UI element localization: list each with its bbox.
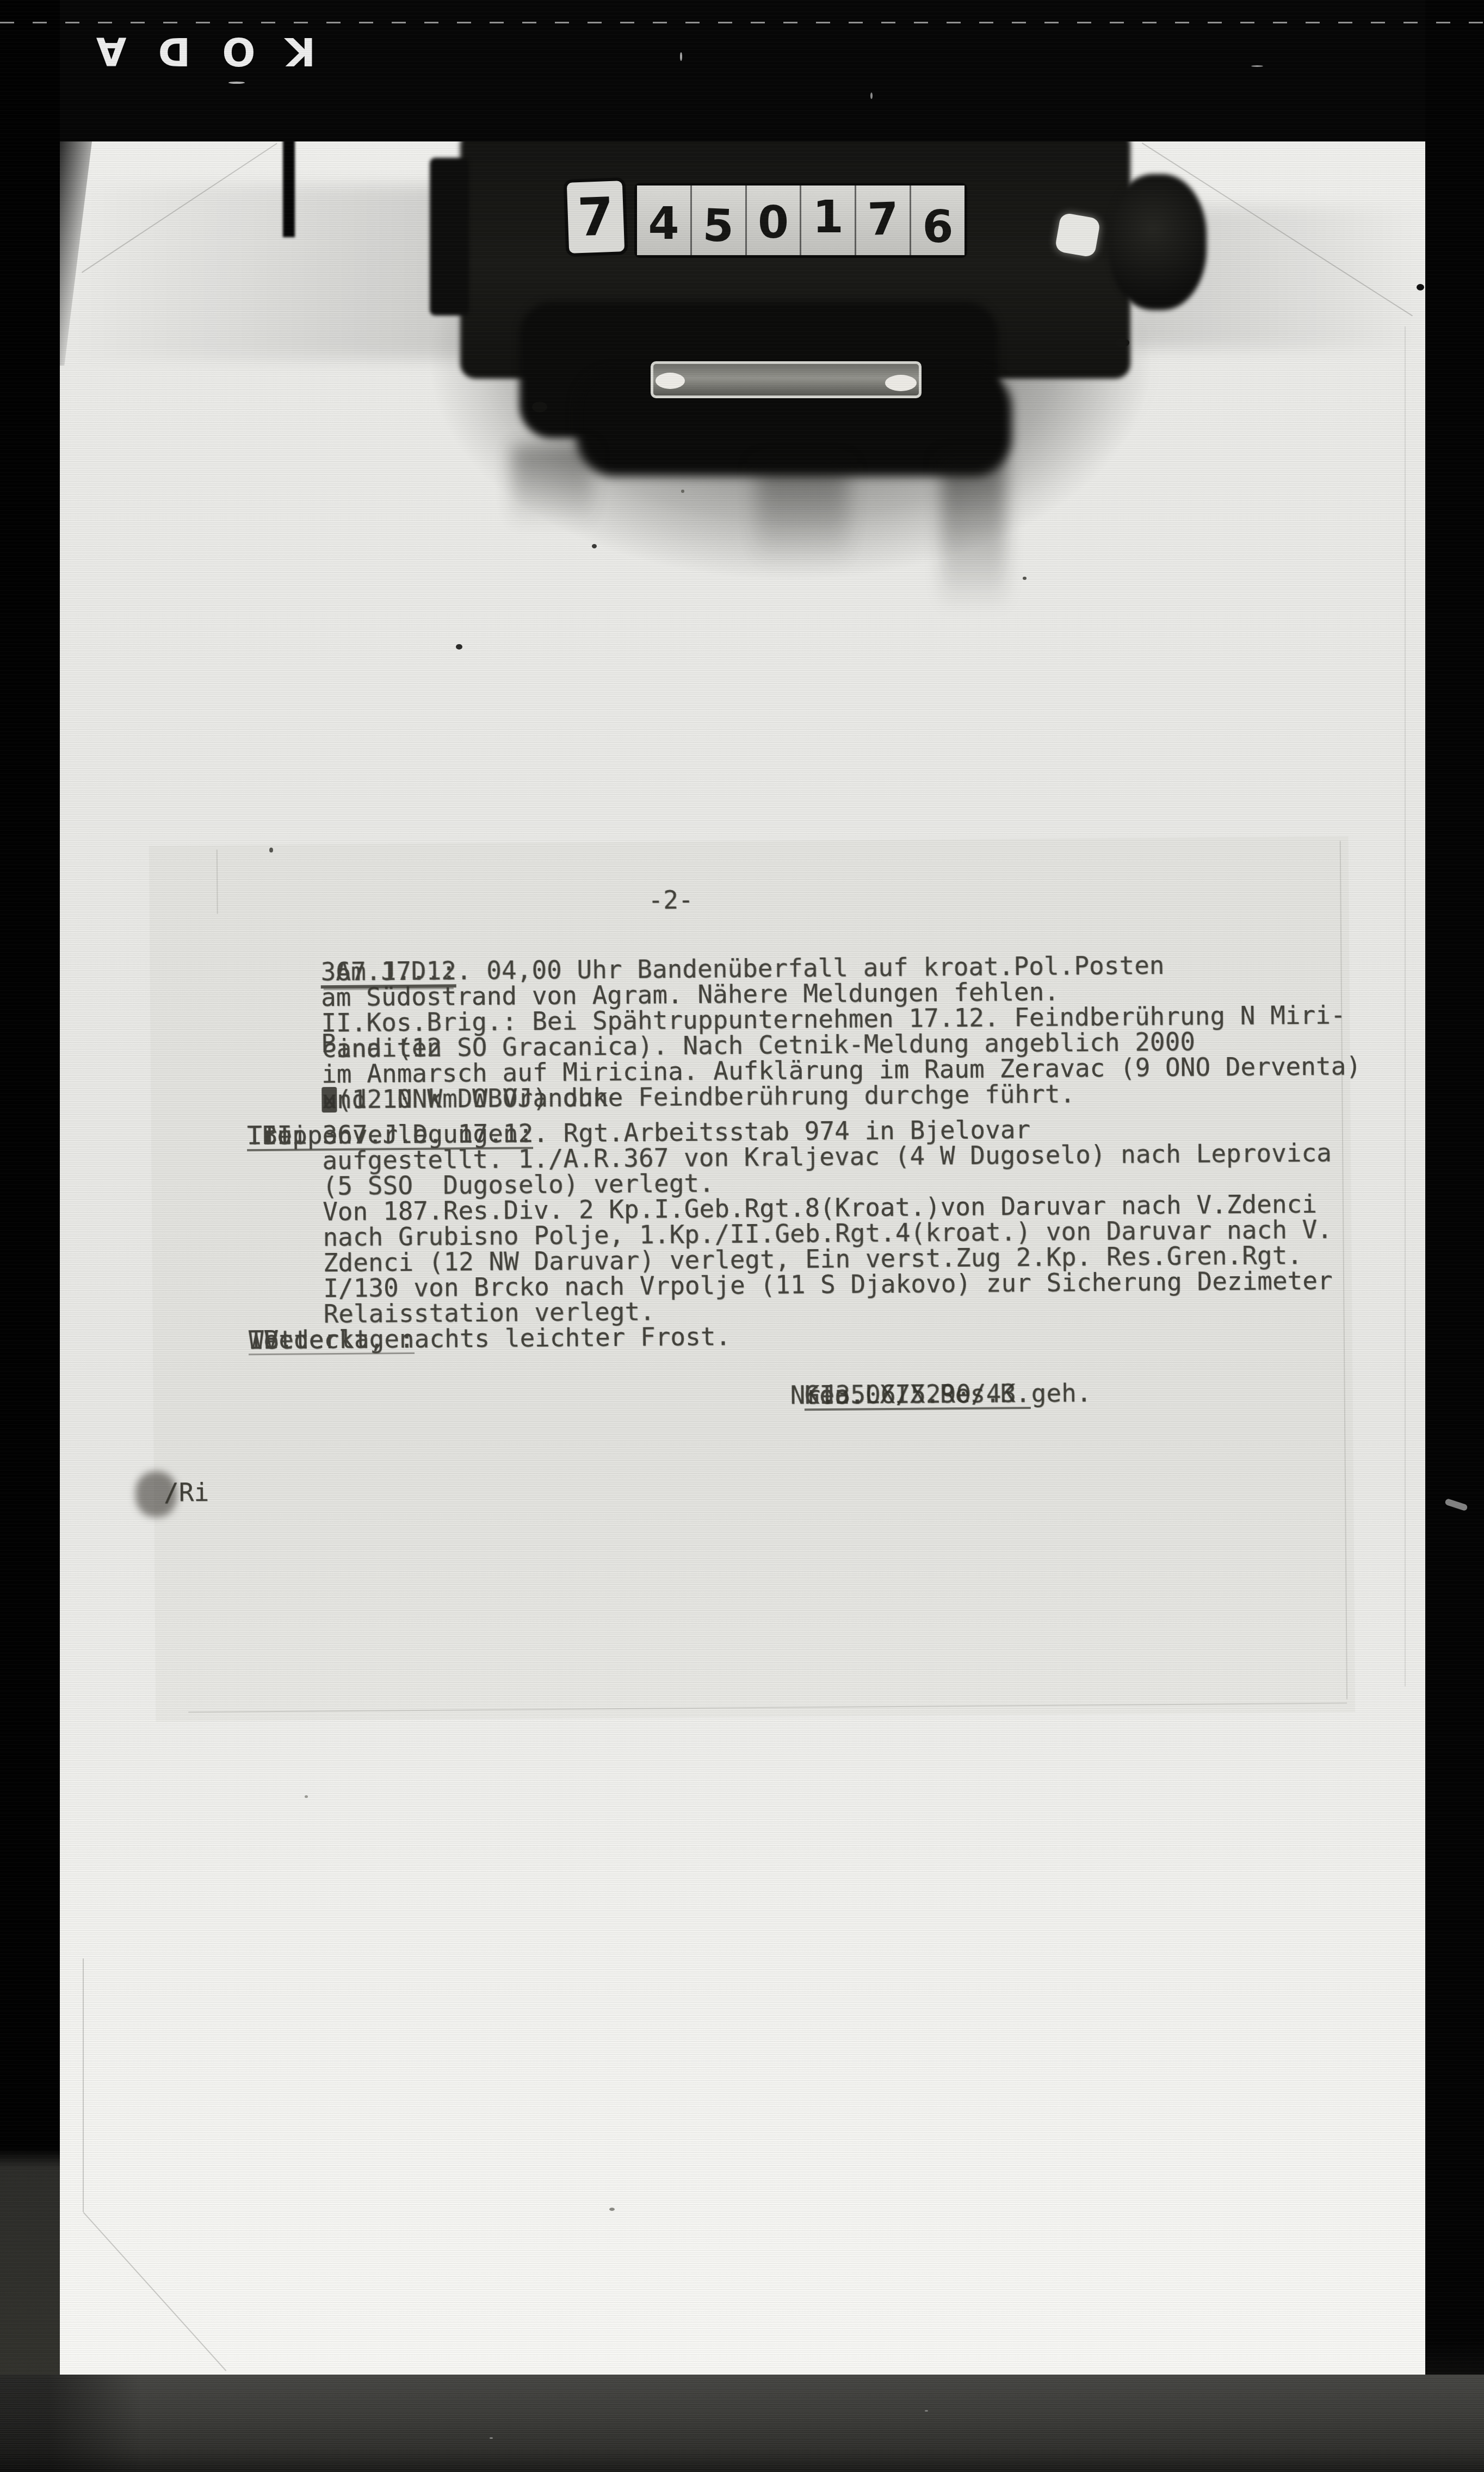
counter-digit-cell: 4 <box>637 186 692 255</box>
sheet-corner-crease <box>217 850 218 914</box>
counter-prefix-digit: 7 <box>564 177 628 257</box>
counter-digit-cell: 6 <box>911 186 964 255</box>
device-handle-slot <box>651 361 922 398</box>
speck <box>1417 284 1424 291</box>
speck <box>1115 338 1129 347</box>
line-text: anditen <box>336 1035 442 1061</box>
line-text: aufgestellt. 1./A.R.367 von Kraljevac (4… <box>322 1140 1332 1174</box>
page-number: -2- <box>648 887 693 913</box>
smoke-wisp <box>756 462 849 566</box>
crease-bottom-left-vertical <box>83 1958 84 2212</box>
film-right-band <box>1425 0 1484 2472</box>
counter-digit-cell: 7 <box>856 186 911 255</box>
film-bottom-band <box>0 2375 1484 2472</box>
line-text: Bedeckt, nachts leichter Frost. <box>249 1324 731 1353</box>
speck <box>269 848 273 852</box>
film-left-band <box>0 0 60 2472</box>
speck <box>456 644 462 650</box>
digit: 4 <box>648 198 679 250</box>
digit: 7 <box>867 193 899 246</box>
speck <box>1023 577 1027 580</box>
device-left-tab <box>430 158 469 316</box>
crease-right-vertical <box>1405 326 1406 1686</box>
film-edge-label: KODA <box>22 28 316 75</box>
microfilm-frame: -2- 367.J.D.: Am 17.12. 04,00 Uhr Banden… <box>0 0 1484 2472</box>
digit: 6 <box>923 201 954 253</box>
speck <box>305 1795 308 1798</box>
film-white-speck <box>228 82 245 84</box>
speck <box>681 490 684 493</box>
raised-letter: B <box>321 1029 337 1058</box>
film-white-speck <box>925 2410 928 2412</box>
counter-digit-window: 4 5 0 1 7 6 <box>634 183 967 258</box>
digit: 7 <box>577 186 615 248</box>
speck <box>532 401 547 412</box>
line-text: (12 NNW DOBOJ) ohne Feindberührung durch… <box>321 1081 1075 1113</box>
film-white-speck <box>1251 65 1263 67</box>
counter-digit-cell: 1 <box>801 186 856 255</box>
film-edge-scratch-line <box>0 22 1484 23</box>
page-tear-slit <box>283 134 295 237</box>
digit: 5 <box>702 200 735 252</box>
speck <box>592 544 597 548</box>
margin-note: /Ri <box>164 1480 209 1506</box>
signature-number-line: Nr.3506/5290/43 geh. <box>790 1380 1091 1408</box>
line-text: I/130 von Brcko nach Vrpolje (11 S Djako… <box>323 1268 1333 1302</box>
speck <box>609 2208 615 2211</box>
smoke-wisp <box>941 457 1006 609</box>
smoke-wisp <box>511 446 593 528</box>
device-knob <box>1109 174 1207 310</box>
counter-digit-cell: 0 <box>747 186 802 255</box>
digit: 1 <box>813 191 844 243</box>
sheet-edge-right <box>1340 841 1347 1699</box>
film-white-speck <box>870 92 873 99</box>
film-white-speck <box>490 2437 493 2439</box>
doc-line-15-section-iv: IV. Wetterlage: Bedeckt, nachts leichter… <box>158 1302 249 1379</box>
device-latch-highlight <box>1054 212 1100 258</box>
digit: 0 <box>758 197 789 249</box>
film-white-speck <box>680 52 682 61</box>
sheet-edge-bottom <box>188 1702 1347 1713</box>
counter-digit-cell: 5 <box>692 186 747 255</box>
typed-document-sheet: -2- 367.J.D.: Am 17.12. 04,00 Uhr Banden… <box>149 836 1356 1721</box>
